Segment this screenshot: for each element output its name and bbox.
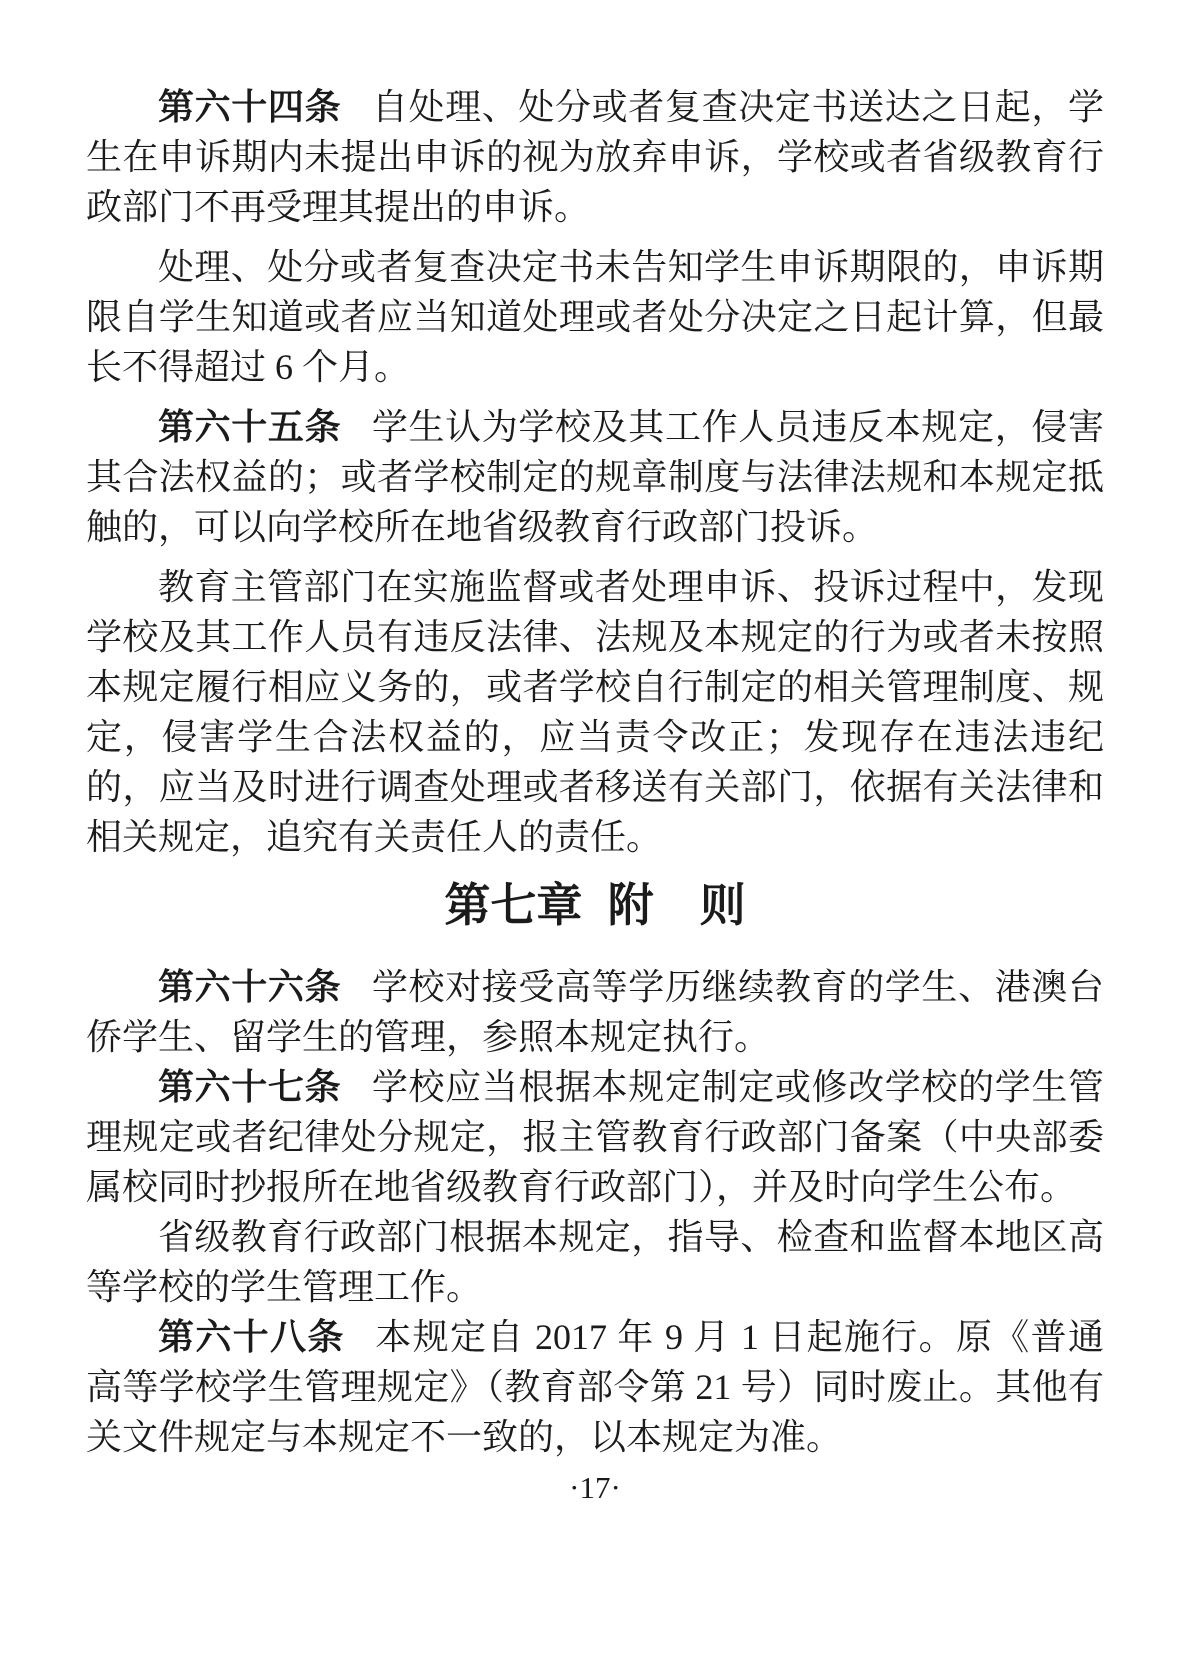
section-articles-64-65: 第六十四条自处理、处分或者复查决定书送达之日起，学生在申诉期内未提出申诉的视为放… (86, 82, 1104, 862)
section-articles-66-68: 第六十六条学校对接受高等学历继续教育的学生、港澳台侨学生、留学生的管理，参照本规… (86, 962, 1104, 1462)
chapter-heading: 第七章附 则 (86, 878, 1104, 934)
chapter-label: 第七章 (444, 880, 582, 931)
paragraph-article-67: 第六十七条学校应当根据本规定制定或修改学校的学生管理规定或者纪律处分规定，报主管… (86, 1062, 1104, 1212)
paragraph-article-65-cont: 教育主管部门在实施监督或者处理申诉、投诉过程中，发现学校及其工作人员有违反法律、… (86, 562, 1104, 862)
article-68-number: 第六十八条 (158, 1317, 345, 1357)
article-65-number: 第六十五条 (158, 407, 341, 447)
paragraph-article-66: 第六十六条学校对接受高等学历继续教育的学生、港澳台侨学生、留学生的管理，参照本规… (86, 962, 1104, 1062)
article-65-cont-text: 教育主管部门在实施监督或者处理申诉、投诉过程中，发现学校及其工作人员有违反法律、… (86, 567, 1104, 857)
article-64-cont-text: 处理、处分或者复查决定书未告知学生申诉期限的，申诉期限自学生知道或者应当知道处理… (86, 247, 1104, 387)
article-67-number: 第六十七条 (158, 1067, 341, 1107)
document-page: 第六十四条自处理、处分或者复查决定书送达之日起，学生在申诉期内未提出申诉的视为放… (0, 0, 1190, 1670)
paragraph-article-64-cont: 处理、处分或者复查决定书未告知学生申诉期限的，申诉期限自学生知道或者应当知道处理… (86, 242, 1104, 392)
paragraph-article-64: 第六十四条自处理、处分或者复查决定书送达之日起，学生在申诉期内未提出申诉的视为放… (86, 82, 1104, 232)
article-64-number: 第六十四条 (158, 87, 341, 127)
page-number: ·17· (0, 1470, 1190, 1506)
paragraph-article-65: 第六十五条学生认为学校及其工作人员违反本规定，侵害其合法权益的；或者学校制定的规… (86, 402, 1104, 552)
chapter-title: 附 则 (608, 880, 746, 931)
article-67-cont-text: 省级教育行政部门根据本规定，指导、检查和监督本地区高等学校的学生管理工作。 (86, 1217, 1104, 1307)
paragraph-article-68: 第六十八条本规定自 2017 年 9 月 1 日起施行。原《普通高等学校学生管理… (86, 1312, 1104, 1462)
paragraph-article-67-cont: 省级教育行政部门根据本规定，指导、检查和监督本地区高等学校的学生管理工作。 (86, 1212, 1104, 1312)
article-66-number: 第六十六条 (158, 967, 341, 1007)
